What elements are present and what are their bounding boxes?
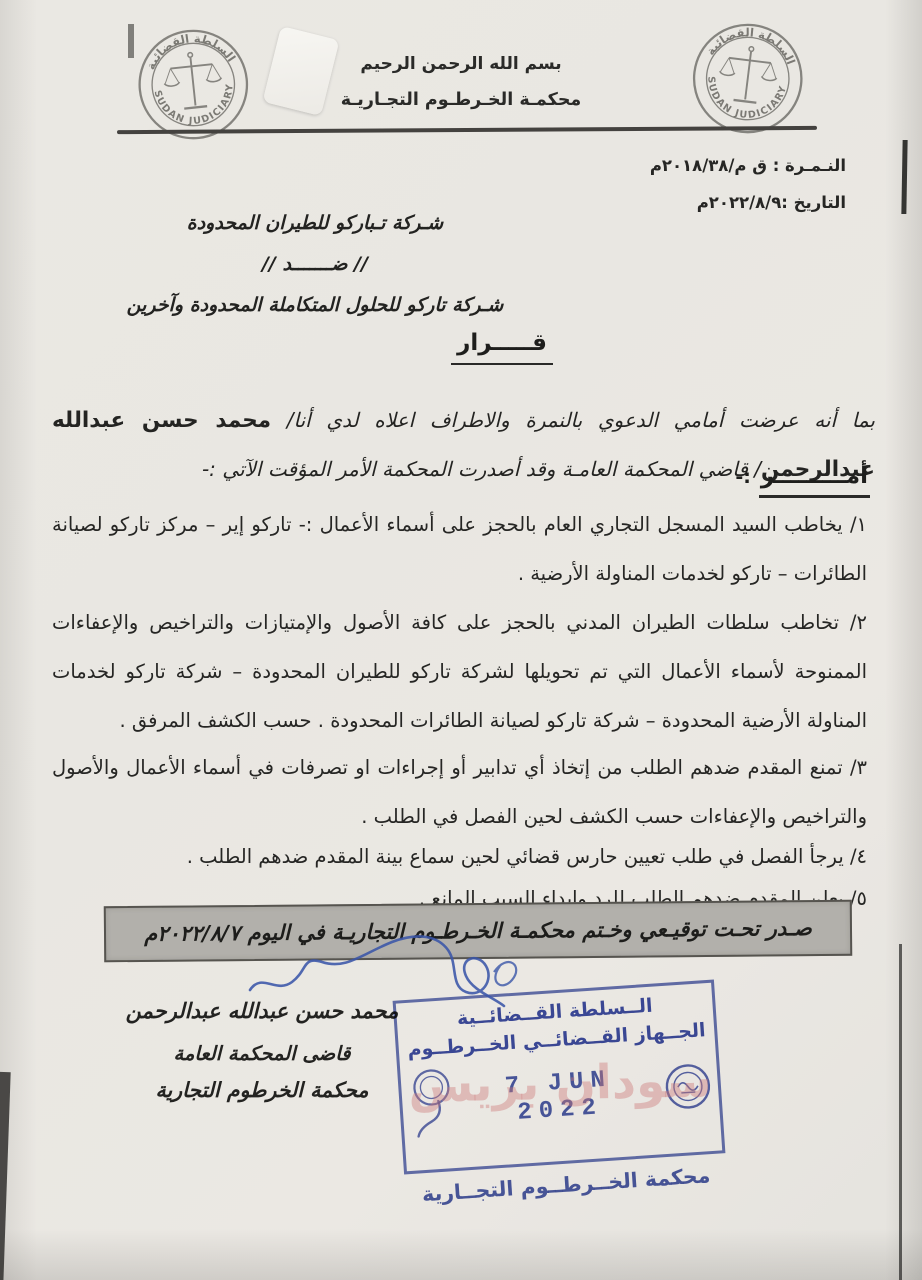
- judge-court: محكمة الخرطوم التجارية: [82, 1078, 442, 1102]
- case-date-line: التاريخ :٢٠٢٢/٨/٩م: [650, 184, 846, 221]
- scan-artifact-edge: [0, 1072, 11, 1280]
- scan-artifact-line: [899, 944, 902, 1280]
- stamp-date: 7 JUN 2022: [453, 1063, 666, 1131]
- scan-artifact-line: [901, 140, 907, 214]
- intro-text-before: بما أنه عرضت أمامي الدعوي بالنمرة والاطر…: [271, 408, 875, 432]
- document-header: بسم الله الرحمن الرحيم محكمـة الخـرطـوم …: [261, 46, 661, 118]
- order-heading-word: أمـــــــــر: [759, 463, 870, 498]
- parties-block: شـركة تـباركو للطيران المحدودة // ضـــــ…: [80, 208, 550, 332]
- order-heading: أمـــــــــر:-: [735, 463, 870, 498]
- intro-text-after: / قاضي المحكمة العامـة وقد أصدرت المحكمة…: [202, 457, 761, 481]
- judge-title: قاضى المحكمة العامة: [82, 1042, 442, 1065]
- order-item: ٢/ تخاطب سلطات الطيران المدني بالحجز على…: [52, 598, 867, 745]
- plaintiff-name: شـركة تـباركو للطيران المحدودة: [80, 208, 550, 238]
- defendant-name: شـركة تاركو للحلول المتكاملة المحدودة وآ…: [80, 290, 550, 320]
- order-item: ٣/ تمنع المقدم ضدهم الطلب من إتخاذ أي تد…: [52, 743, 867, 841]
- court-name-line: محكمـة الخـرطـوم التجـاريـة: [261, 82, 661, 118]
- versus-line: // ضـــــــد //: [80, 250, 550, 278]
- case-number-line: النـمـرة : ق م/٢٠١٨/٣٨م: [650, 147, 846, 184]
- order-heading-punct: :-: [735, 466, 750, 488]
- stamp-court-line: محكمة الخــرطــوم التجــارية: [408, 1162, 725, 1207]
- order-item: ١/ يخاطب السيد المسجل التجاري العام بالح…: [52, 500, 867, 598]
- basmala-line: بسم الله الرحمن الرحيم: [261, 46, 661, 82]
- decision-heading: قـــــرار: [432, 330, 572, 365]
- scan-artifact-edge: [128, 24, 134, 58]
- judge-signature-scribble: [242, 928, 542, 1022]
- scanned-court-document: السلطة القضائية SUDAN JUDICIARY: [0, 0, 922, 1280]
- stamp-emblem-right-icon: [406, 1066, 457, 1145]
- stamp-emblem-left-icon: [662, 1061, 713, 1116]
- case-meta: النـمـرة : ق م/٢٠١٨/٣٨م التاريخ :٢٠٢٢/٨/…: [650, 147, 846, 221]
